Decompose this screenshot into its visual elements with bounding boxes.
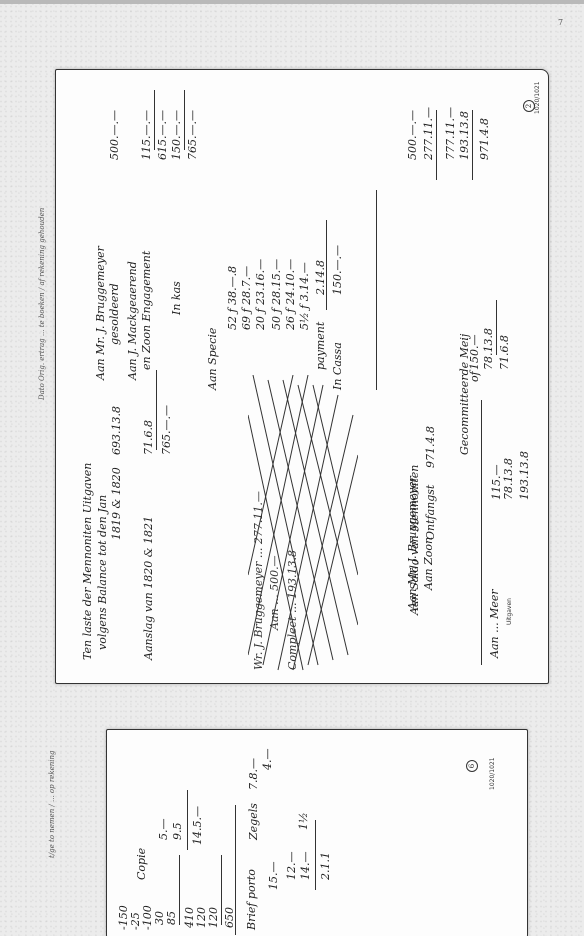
right-amount-2: 277.11.— [422, 107, 435, 160]
corner-mark: 7 [558, 18, 563, 27]
porto-amount: 14.— [299, 852, 312, 881]
folio-id: 1020/1021 [534, 81, 541, 114]
middle-sub-2: 1819 & 1820 [110, 467, 123, 540]
porto-note: 1½ [297, 812, 310, 830]
specie-row-4: 50 ƒ 28.15.— [270, 259, 283, 330]
balance-label-1: Aan Saldo van Mennoniten [408, 465, 421, 615]
specie-row-3: 20 ƒ 23.16.— [254, 259, 267, 330]
right-calc-prefix: of [468, 371, 481, 382]
right-subtotal: 777.11.— [444, 107, 457, 160]
left-entry-1-label: Aan Mr. J. Bruggemeyer [94, 246, 107, 380]
right-calc-3: 71.6.8 [498, 335, 511, 370]
copie-total: 14.5.— [191, 806, 204, 845]
scan-top-edge [0, 0, 584, 4]
copie-label: Copie [135, 848, 148, 880]
right-amount-3: 193.13.8 [458, 111, 471, 160]
middle-sub-1: volgens Balance tot den Jan [96, 495, 109, 650]
margin-note-second: t/ge to nemen / ... op rekening [48, 751, 56, 858]
specie-row-6: 5½ ƒ 3.14.— [298, 262, 311, 330]
second-page-circle: 6 [466, 760, 478, 772]
specie-total: 150.—.— [331, 245, 344, 295]
right-calc-2: 78.13.8 [482, 328, 495, 370]
porto-total: 2.1.1 [319, 852, 332, 880]
copie-amount: 9.5 [171, 823, 184, 841]
left-entry-2-amount: 115.—.— [140, 110, 153, 160]
copie-amount: 5.— [157, 819, 170, 841]
page-number-circle: 2 [523, 100, 535, 112]
list2-item: 120 [207, 907, 220, 928]
left-entry-2-label: Aan J. Mackgeaerend [126, 261, 139, 380]
right-label-2: Aan Zoon [422, 537, 435, 590]
specie-row-2: 69 ƒ 28.7.— [240, 266, 253, 330]
left-entry-4-label: In kas [170, 281, 183, 315]
margin-note-main: Dato Orig. ertrag ... te boeken / af rek… [38, 208, 46, 400]
left-entry-1-sub: gesoldeerd [108, 283, 121, 345]
specie-payment-label: payment [314, 322, 327, 370]
ledger-sheet-second: 1020/1021 6 -150 -25 -100 30 85 410 120 … [106, 729, 528, 936]
middle-label-2: Aanslag van 1820 & 1821 [142, 516, 155, 660]
list1-item: 85 [165, 911, 178, 925]
right-total: 971.4.8 [478, 118, 491, 160]
balance-label-3: Aan ... Meer [488, 589, 501, 658]
strikethrough-crosshatch [248, 375, 358, 675]
right-amount-1: 500.—.— [406, 110, 419, 160]
middle-amount-2: 71.6.8 [142, 420, 155, 455]
balance-label-4: Uitgaven [506, 598, 513, 625]
middle-total: 765.—.— [160, 405, 173, 455]
zegels-amount: 7.8.— [247, 758, 260, 790]
porto-label: Brief porto [245, 869, 258, 930]
left-entry-3-amount: 615.—.— [156, 110, 169, 160]
specie-row-1: 52 ƒ 38.—.8 [226, 266, 239, 330]
porto-amount: 12.— [285, 852, 298, 881]
left-entry-4-amount: 150.—.— [170, 110, 183, 160]
zegels-label: Zegels [247, 803, 260, 840]
balance-label-2: Ontfangst [424, 485, 437, 540]
specie-row-5: 26 ƒ 24.10.— [284, 259, 297, 330]
middle-amount-1: 693.13.8 [110, 406, 123, 455]
zegels-amount: 4.— [261, 749, 274, 771]
left-entry-1-amount: 500.—.— [108, 110, 121, 160]
balance-amount-mid: 78.13.8 [502, 458, 515, 500]
second-folio-id: 1020/1021 [489, 757, 496, 790]
middle-heading: Ten laste der Mennoniten Uitgaven [81, 463, 94, 660]
left-entry-5-amount: 765.—.— [186, 110, 199, 160]
balance-amount-1: 971.4.8 [424, 426, 437, 468]
right-calc-1: 150.— [468, 335, 481, 371]
porto-amount: 15.— [267, 862, 280, 891]
balance-amount-total: 193.13.8 [518, 451, 531, 500]
specie-heading: Aan Specie [206, 328, 219, 390]
left-entry-2-sub: en Zoon Engagement [140, 251, 153, 370]
